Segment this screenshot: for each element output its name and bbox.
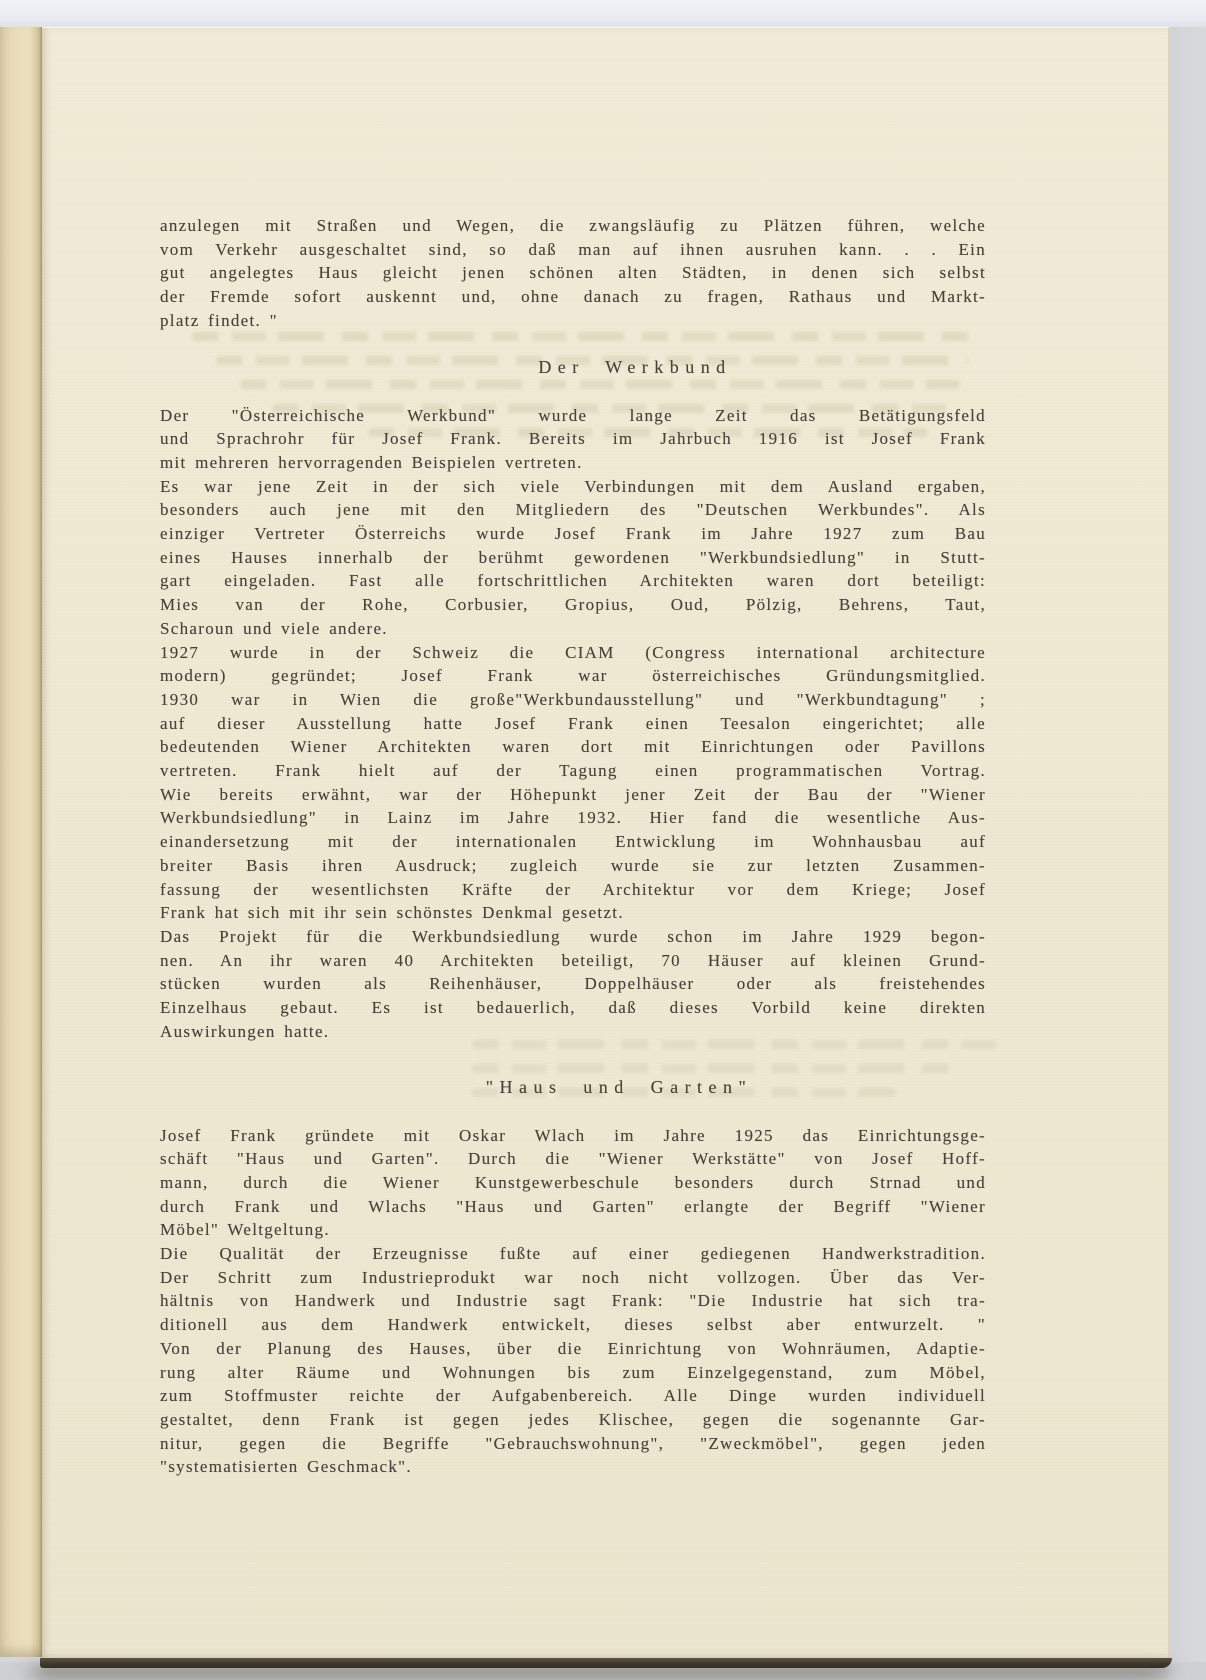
text-line: Der "Österreichische Werkbund" wurde lan… (160, 404, 986, 428)
text-line: einandersetzung mit der internationalen … (160, 830, 986, 854)
text-line: und Sprachrohr für Josef Frank. Bereits … (160, 427, 986, 451)
text-line: nitur, gegen die Begriffe "Gebrauchswohn… (160, 1432, 986, 1456)
text-line: eines Hauses innerhalb der berühmt gewor… (160, 546, 986, 570)
text-line: Auswirkungen hatte. (160, 1020, 986, 1044)
text-line: Werkbundsiedlung" in Lainz im Jahre 1932… (160, 806, 986, 830)
text-line: vertreten. Frank hielt auf der Tagung ei… (160, 759, 986, 783)
text-line: modern) gegründet; Josef Frank war öster… (160, 664, 986, 688)
text-line: Josef Frank gründete mit Oskar Wlach im … (160, 1124, 986, 1148)
text-line: Möbel" Weltgeltung. (160, 1218, 986, 1242)
text-line: anzulegen mit Straßen und Wegen, die zwa… (160, 214, 986, 238)
text-line: vom Verkehr ausgeschaltet sind, so daß m… (160, 238, 986, 262)
werkbund-paragraph: Der "Österreichische Werkbund" wurde lan… (160, 404, 986, 1044)
section-heading-der-werkbund: Der Werkbund (222, 354, 1048, 380)
text-line: Es war jene Zeit in der sich viele Verbi… (160, 475, 986, 499)
text-line: fassung der wesentlichsten Kräfte der Ar… (160, 878, 986, 902)
text-line: ditionell aus dem Handwerk entwickelt, d… (160, 1313, 986, 1337)
text-line: Das Projekt für die Werkbundsiedlung wur… (160, 925, 986, 949)
text-line: gut angelegtes Haus gleicht jenen schöne… (160, 261, 986, 285)
text-line: durch Frank und Wlachs "Haus und Garten"… (160, 1195, 986, 1219)
scanned-document-page: anzulegen mit Straßen und Wegen, die zwa… (42, 27, 1169, 1658)
intro-quote-paragraph: anzulegen mit Straßen und Wegen, die zwa… (160, 28, 986, 333)
haus-und-garten-paragraph: Josef Frank gründete mit Oskar Wlach im … (160, 1124, 986, 1480)
text-line: breiter Basis ihren Ausdruck; zugleich w… (160, 854, 986, 878)
text-line: Die Qualität der Erzeugnisse fußte auf e… (160, 1242, 986, 1266)
text-line: stücken wurden als Reihenhäuser, Doppelh… (160, 972, 986, 996)
text-line: besonders auch jene mit den Mitgliedern … (160, 498, 986, 522)
text-line: rung alter Räume und Wohnungen bis zum E… (160, 1361, 986, 1385)
text-line: platz findet. " (160, 309, 986, 333)
text-line: nen. An ihr waren 40 Architekten beteili… (160, 949, 986, 973)
text-line: Der Schritt zum Industrieprodukt war noc… (160, 1266, 986, 1290)
text-line: mit mehreren hervorragenden Beispielen v… (160, 451, 986, 475)
text-line: Mies van der Rohe, Corbusier, Gropius, O… (160, 593, 986, 617)
section-heading-haus-und-garten: "Haus und Garten" (206, 1074, 1032, 1100)
text-line: der Fremde sofort auskennt und, ohne dan… (160, 285, 986, 309)
text-line: Wie bereits erwähnt, war der Höhepunkt j… (160, 783, 986, 807)
text-line: gart eingeladen. Fast alle fortschrittli… (160, 569, 986, 593)
text-line: bedeutenden Wiener Architekten waren dor… (160, 735, 986, 759)
text-line: "systematisierten Geschmack". (160, 1455, 986, 1479)
book-binding-edge (0, 27, 42, 1657)
text-line: einziger Vertreter Österreichs wurde Jos… (160, 522, 986, 546)
background-right-of-page (1166, 27, 1206, 1680)
text-line: mann, durch die Wiener Kunstgewerbeschul… (160, 1171, 986, 1195)
text-line: 1927 wurde in der Schweiz die CIAM (Cong… (160, 641, 986, 665)
text-line: 1930 war in Wien die große"Werkbundausst… (160, 688, 986, 712)
text-line: schäft "Haus und Garten". Durch die "Wie… (160, 1147, 986, 1171)
text-line: zum Stoffmuster reichte der Aufgabenbere… (160, 1384, 986, 1408)
text-line: gestaltet, denn Frank ist gegen jedes Kl… (160, 1408, 986, 1432)
text-line: hältnis von Handwerk und Industrie sagt … (160, 1289, 986, 1313)
typewritten-text-column: anzulegen mit Straßen und Wegen, die zwa… (160, 28, 986, 1479)
text-line: auf dieser Ausstellung hatte Josef Frank… (160, 712, 986, 736)
text-line: Einzelhaus gebaut. Es ist bedauerlich, d… (160, 996, 986, 1020)
background-above-page (0, 0, 1206, 27)
text-line: Von der Planung des Hauses, über die Ein… (160, 1337, 986, 1361)
text-line: Scharoun und viele andere. (160, 617, 986, 641)
text-line: Frank hat sich mit ihr sein schönstes De… (160, 901, 986, 925)
